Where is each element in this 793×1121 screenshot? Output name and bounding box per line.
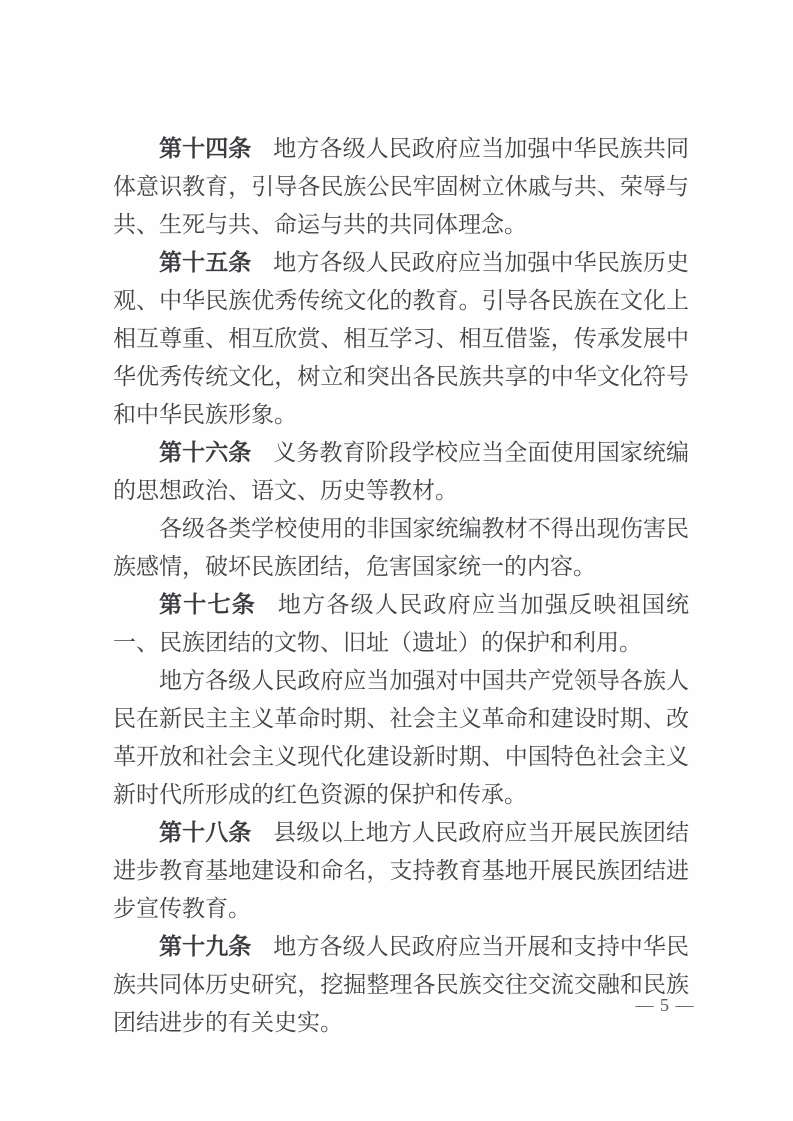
article-paragraph: 第十七条地方各级人民政府应当加强反映祖国统一、民族团结的文物、旧址（遗址）的保护… — [113, 586, 689, 662]
article-text: 各级各类学校使用的非国家统编教材不得出现伤害民族感情，破坏民族团结，危害国家统一… — [113, 516, 689, 579]
article-paragraph: 第十五条地方各级人民政府应当加强中华民族历史观、中华民族优秀传统文化的教育。引导… — [113, 244, 689, 434]
article-number: 第十五条 — [159, 250, 251, 275]
article-paragraph: 第十四条地方各级人民政府应当加强中华民族共同体意识教育，引导各民族公民牢固树立休… — [113, 130, 689, 244]
article-text: 地方各级人民政府应当加强中华民族历史观、中华民族优秀传统文化的教育。引导各民族在… — [113, 250, 689, 427]
article-paragraph: 第十九条地方各级人民政府应当开展和支持中华民族共同体历史研究，挖掘整理各民族交往… — [113, 928, 689, 1042]
article-number: 第十九条 — [159, 934, 251, 959]
document-page: 第十四条地方各级人民政府应当加强中华民族共同体意识教育，引导各民族公民牢固树立休… — [0, 0, 793, 1121]
page-number: — 5 — — [630, 992, 700, 1018]
article-paragraph: 地方各级人民政府应当加强对中国共产党领导各族人民在新民主主义革命时期、社会主义革… — [113, 662, 689, 814]
article-text: 地方各级人民政府应当加强对中国共产党领导各族人民在新民主主义革命时期、社会主义革… — [113, 668, 689, 807]
document-body: 第十四条地方各级人民政府应当加强中华民族共同体意识教育，引导各民族公民牢固树立休… — [113, 130, 689, 1042]
article-paragraph: 各级各类学校使用的非国家统编教材不得出现伤害民族感情，破坏民族团结，危害国家统一… — [113, 510, 689, 586]
article-paragraph: 第十八条县级以上地方人民政府应当开展民族团结进步教育基地建设和命名，支持教育基地… — [113, 814, 689, 928]
article-paragraph: 第十六条义务教育阶段学校应当全面使用国家统编的思想政治、语文、历史等教材。 — [113, 434, 689, 510]
article-number: 第十七条 — [159, 592, 256, 617]
article-number: 第十六条 — [159, 440, 251, 465]
article-number: 第十四条 — [159, 136, 251, 161]
article-number: 第十八条 — [159, 820, 251, 845]
